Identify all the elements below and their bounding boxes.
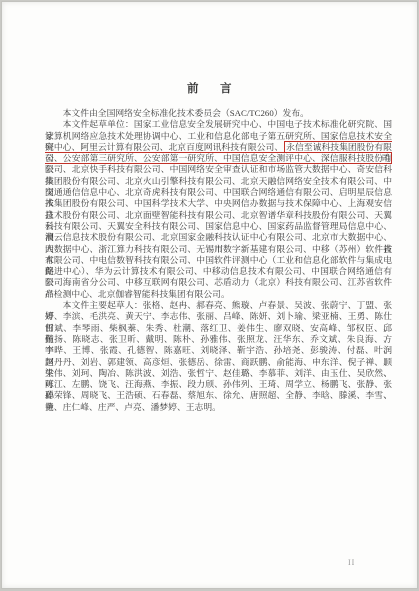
highlight-line-prefix: 究中心、阿里云计算有限公司、北京百度网讯科技有限公司、 [45, 142, 283, 152]
drafting-units-line: 集团股份有限公司、北京火山引擎科技有限公司、北京天融信网络安全技术有限公司、中国 [45, 176, 392, 187]
drafting-units-line: 交通通信信息中心、北京奇虎科技有限公司、中国联合网络通信有限公司、启明星辰信息技 [45, 187, 392, 198]
drafters-line: 婷、李滨、毛洪亮、黄天宁、李志伟、张丽、吕峰、陈妍、刘卜瑜、梁亚楠、王勇、陈仕哲… [45, 311, 392, 322]
drafting-units-line: 术集团股份有限公司、中国科学技术大学、中央网信办数据与技术保障中心、上海观安信息 [45, 198, 392, 209]
drafting-units-line: 司、公安部第三研究所、公安部第一研究所、中国信息安全测评中心、深信服科技股份有限 [45, 153, 392, 164]
page-title-char-1: 前 [187, 80, 199, 96]
drafting-units-line: 公司海南省分公司、中移互联网有限公司、芯盾动力（北京）科技有限公司、江苏省软件产 [45, 277, 392, 288]
drafters-line: 艳、庄仁峰、庄严、卢亮、潘梦婷、王志明。 [45, 402, 392, 413]
drafting-units-line: 有限公司、中电信数智科技有限公司、中国软件评测中心（工业和信息化部软件与集成电路 [45, 255, 392, 266]
preface-body: 本文件由全国网络安全标准化技术委员会（SAC/TC260）发布。 本文件起草单位… [45, 108, 392, 413]
scanned-document-page: 前 言 本文件由全国网络安全标准化技术委员会（SAC/TC260）发布。 本文件… [1, 1, 418, 589]
drafters-line: 本文件主要起草人：张格、赵冉、郝春亮、熊璇、卢春景、吴波、张蔚宁、丁盟、张妍 [45, 300, 392, 311]
page-number: II [348, 558, 355, 567]
drafters-line: 梁伟、刘珂、陶冶、陈洪波、刘浩、张哲宁、赵佳璐、李慕菲、刘洋、由玉仕、吴欣然、陈 [45, 368, 392, 379]
drafting-units-line: 潮云信息技术股份有限公司、北京国家金融科技认证中心有限公司、北京市大数据中心、四… [45, 232, 392, 243]
drafting-units-line: 品检测中心、北京伽睿智能科技集团有限公司。 [45, 289, 392, 300]
drafters-line: 伍扬、陈晓志、张卫昕、戴明、陈朴、孙雅伟、张照龙、汪华东、乔文斌、朱良海、方宇、 [45, 334, 392, 345]
drafters-line: 田斌、李琴雨、柴枫蓁、朱秀、杜潮、落红卫、姜伟生、廖双晓、安高峰、邹权臣、邱勤、 [45, 323, 392, 334]
drafters-line: 李晔、王博、张霞、孔德智、陈嘉旺、刘晓泽、靳宇浩、孙培尧、彭骏涛、付磊、叶润国、 [45, 345, 392, 356]
issued-by-line: 本文件由全国网络安全标准化技术委员会（SAC/TC260）发布。 [45, 108, 392, 119]
drafting-units-paragraph: 本文件起草单位：国家工业信息安全发展研究中心、中国电子技术标准化研究院、国家计算… [45, 119, 392, 300]
drafters-line: 孙荣锋、周晓飞、王浩硕、石春磊、蔡旭东、徐允、唐照超、全静、李晗、滕溪、李雪、黄 [45, 390, 392, 401]
drafting-units-line: 技术股份有限公司、北京面壁智能科技有限公司、北京智谱华章科技股份有限公司、天翼云 [45, 210, 392, 221]
drafting-units-line: 公司、北京快手科技有限公司、中国网络安全审查认证和市场监管大数据中心、奇安信科技 [45, 164, 392, 175]
drafters-line: 赵丹丹、刘岩、郭建领、高彦烜、张德岳、徐雷、商跃鹏、俞能海、申东洋、倪子禅、顺生… [45, 357, 392, 368]
drafting-units-line: 大数据中心、浙江算力科技有限公司、无锡市数字新基建有限公司、中移（苏州）软件技术 [45, 244, 392, 255]
page-title: 前 言 [2, 80, 417, 96]
drafters-line: 可江、左鹏、饶飞、汪海燕、李振、段力颀、孙伟列、王琦、周学立、杨鹏飞、张静、张聪… [45, 379, 392, 390]
highlight-line: 究中心、阿里云计算有限公司、北京百度网讯科技有限公司、永信至诚科技集团股份有限公… [45, 142, 392, 153]
drafting-units-line: 本文件起草单位：国家工业信息安全发展研究中心、中国电子技术标准化研究院、国家 [45, 119, 392, 130]
page-title-char-2: 言 [220, 80, 232, 96]
drafters-paragraph: 本文件主要起草人：张格、赵冉、郝春亮、熊璇、卢春景、吴波、张蔚宁、丁盟、张妍婷、… [45, 300, 392, 413]
drafting-units-line: 促进中心）、华为云计算技术有限公司、中移动信息技术有限公司、中国联合网络通信有限 [45, 266, 392, 277]
drafting-units-line: 科技有限公司、天翼安全科技有限公司、国家信息中心、国家药品监督管理局信息中心、浪 [45, 221, 392, 232]
